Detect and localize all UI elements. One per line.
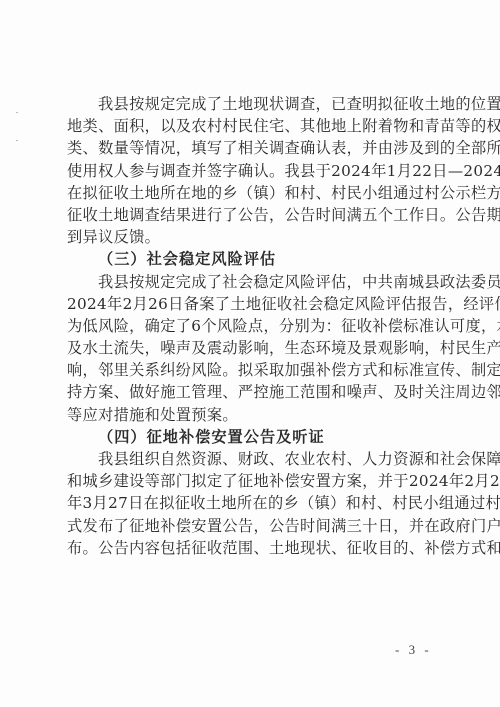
text-line: 到异议反馈。 [67, 226, 443, 248]
text-line: 年3月27日在拟征收土地所在的乡（镇）和村、村民小组通过村公示栏方 [67, 492, 443, 514]
text-line: 式发布了征地补偿安置公告，公告时间满三十日，并在政府门户网站公 [67, 515, 443, 537]
text-line: 布。公告内容包括征收范围、土地现状、征收目的、补偿方式和标准、 [67, 537, 443, 559]
section-heading-compensation-notice: （四）征地补偿安置公告及听证 [67, 426, 443, 448]
paragraph-risk-assessment: 我县按规定完成了社会稳定风险评估，中共南城县政法委员会于 2024年2月26日备… [67, 271, 443, 426]
text-line: 征收土地调查结果进行了公告，公告时间满五个工作日。公告期内未收 [67, 204, 443, 226]
document-body: 我县按规定完成了土地现状调查，已查明拟征收土地的位置、权属、 地类、面积，以及农… [67, 93, 443, 559]
text-line: 类、数量等情况，填写了相关调查确认表，并由涉及到的全部所有权人、 [67, 137, 443, 159]
text-line: 等应对措施和处置预案。 [67, 404, 443, 426]
document-page: 我县按规定完成了土地现状调查，已查明拟征收土地的位置、权属、 地类、面积，以及农… [0, 0, 500, 707]
page-number: - 3 - [395, 642, 432, 658]
margin-mark [16, 112, 18, 113]
text-line: 为低风险，确定了6个风险点，分别为：征收补偿标准认可度，水体污染 [67, 315, 443, 337]
section-heading-risk-assessment: （三）社会稳定风险评估 [67, 248, 443, 270]
margin-mark [16, 140, 18, 141]
text-line: 和城乡建设等部门拟定了征地补偿安置方案，并于2024年2月27日—2024 [67, 470, 443, 492]
text-line: 使用权人参与调查并签字确认。我县于2024年1月22日—2024年1月26日 [67, 160, 443, 182]
text-line: 我县按规定完成了土地现状调查，已查明拟征收土地的位置、权属、 [67, 93, 443, 115]
text-line: 响，邻里关系纠纷风险。拟采取加强补偿方式和标准宣传、制定水土保 [67, 359, 443, 381]
text-line: 及水土流失，噪声及震动影响，生态环境及景观影响，村民生产生活影 [67, 337, 443, 359]
text-line: 我县组织自然资源、财政、农业农村、人力资源和社会保障、住房 [67, 448, 443, 470]
text-line: 持方案、做好施工管理、严控施工范围和噪声、及时关注周边邻里关系 [67, 381, 443, 403]
text-line: 2024年2月26日备案了土地征收社会稳定风险评估报告，经评估风险等级 [67, 293, 443, 315]
paragraph-land-survey: 我县按规定完成了土地现状调查，已查明拟征收土地的位置、权属、 地类、面积，以及农… [67, 93, 443, 248]
paragraph-compensation-notice: 我县组织自然资源、财政、农业农村、人力资源和社会保障、住房 和城乡建设等部门拟定… [67, 448, 443, 559]
text-line: 地类、面积，以及农村村民住宅、其他地上附着物和青苗等的权属、种 [67, 115, 443, 137]
text-line: 在拟征收土地所在地的乡（镇）和村、村民小组通过村公示栏方式对拟 [67, 182, 443, 204]
text-line: 我县按规定完成了社会稳定风险评估，中共南城县政法委员会于 [67, 271, 443, 293]
